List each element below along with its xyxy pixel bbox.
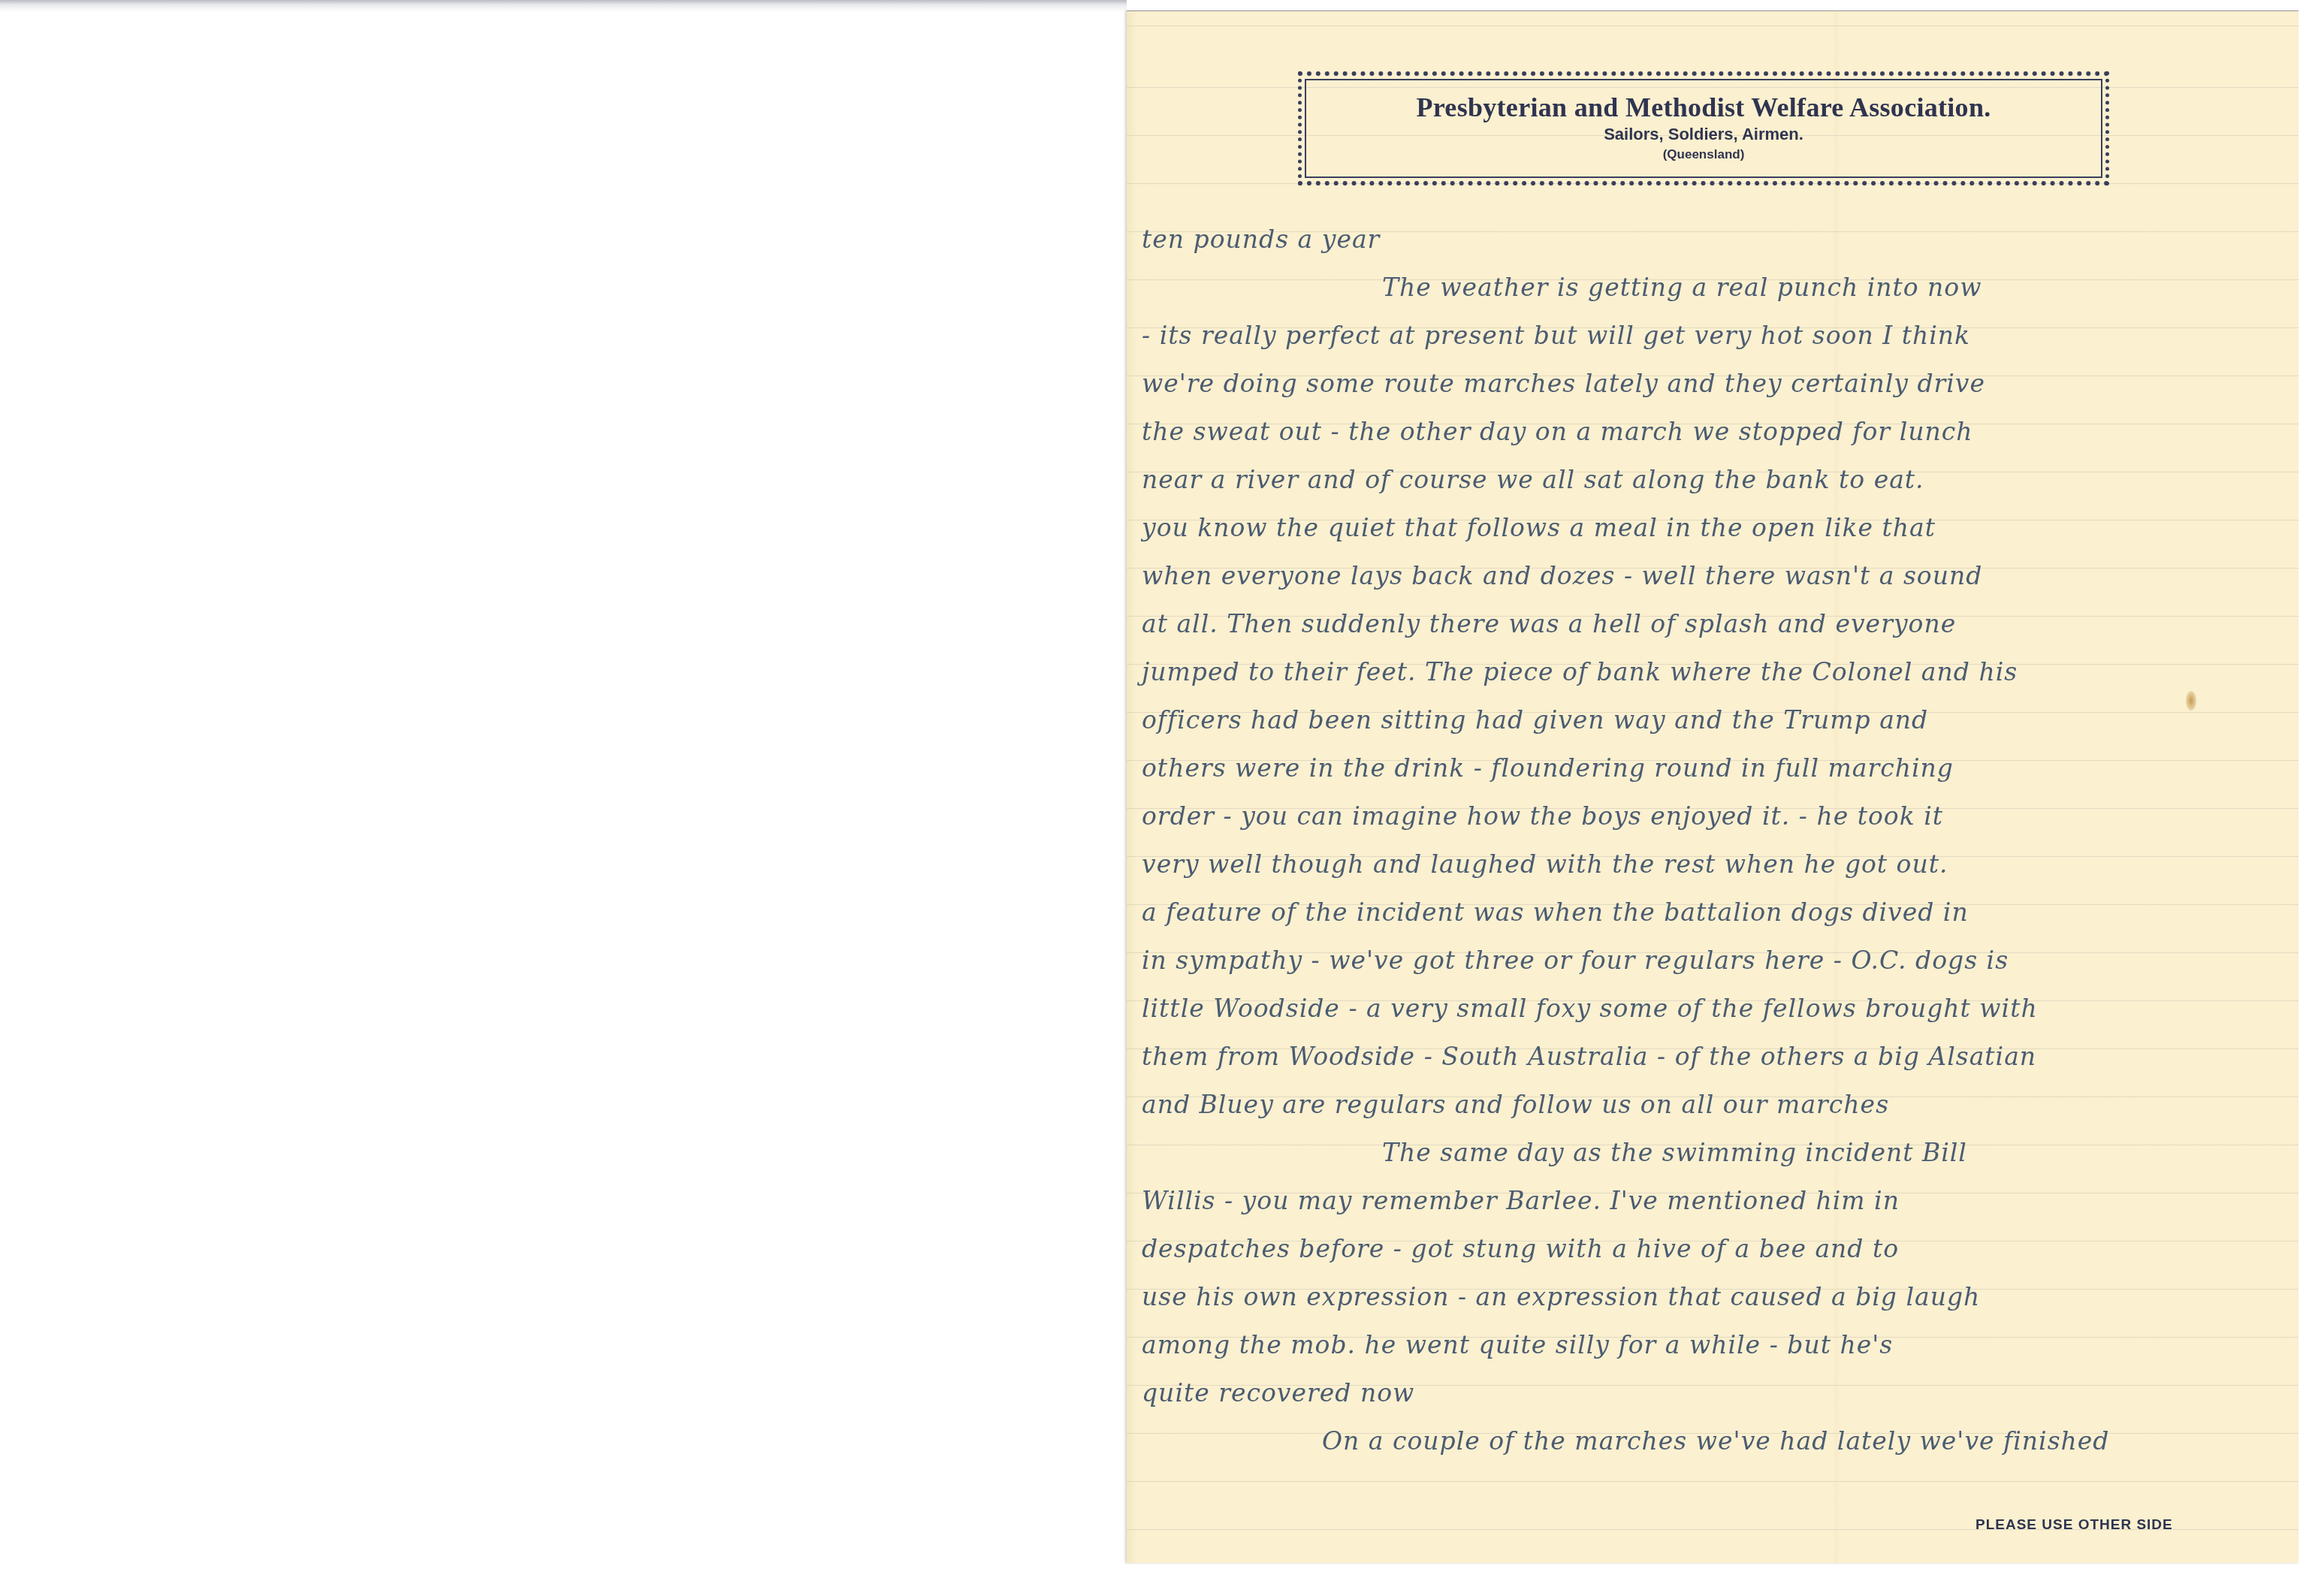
letter-line: quite recovered now (1142, 1369, 2295, 1417)
letter-line: at all. Then suddenly there was a hell o… (1142, 600, 2295, 648)
letter-line: we're doing some route marches lately an… (1142, 360, 2295, 408)
letter-line: The same day as the swimming incident Bi… (1142, 1129, 2295, 1177)
letter-line: The weather is getting a real punch into… (1142, 264, 2295, 312)
letter-line: a feature of the incident was when the b… (1142, 889, 2295, 937)
letter-line: very well though and laughed with the re… (1142, 840, 2295, 889)
letterhead-region: (Queensland) (1306, 145, 2101, 164)
handwritten-body: ten pounds a year The weather is getting… (1142, 216, 2295, 1465)
letterhead-inner-frame: Presbyterian and Methodist Welfare Assoc… (1305, 79, 2102, 178)
letter-line: On a couple of the marches we've had lat… (1142, 1417, 2295, 1465)
letter-line: order - you can imagine how the boys enj… (1142, 792, 2295, 840)
letter-line: jumped to their feet. The piece of bank … (1142, 648, 2295, 696)
letter-line: among the mob. he went quite silly for a… (1142, 1321, 2295, 1369)
letter-sheet: Presbyterian and Methodist Welfare Assoc… (1127, 11, 2298, 1563)
please-use-other-side-note: PLEASE USE OTHER SIDE (1975, 1517, 2173, 1534)
letter-line: use his own expression - an expression t… (1142, 1273, 2295, 1321)
letterhead-title: Presbyterian and Methodist Welfare Assoc… (1306, 80, 2101, 124)
letter-line: - its really perfect at present but will… (1142, 312, 2295, 360)
letter-line: and Bluey are regulars and follow us on … (1142, 1081, 2295, 1129)
letter-line: the sweat out - the other day on a march… (1142, 408, 2295, 456)
letter-line: despatches before - got stung with a hiv… (1142, 1225, 2295, 1273)
letterhead-subtitle: Sailors, Soldiers, Airmen. (1306, 124, 2101, 145)
letter-line: you know the quiet that follows a meal i… (1142, 504, 2295, 552)
letterhead-box: Presbyterian and Methodist Welfare Assoc… (1298, 71, 2109, 186)
letter-line: when everyone lays back and dozes - well… (1142, 552, 2295, 600)
letter-line: them from Woodside - South Australia - o… (1142, 1033, 2295, 1081)
scan-edge-shadow (0, 0, 1127, 12)
letter-line: others were in the drink - floundering r… (1142, 744, 2295, 792)
letter-line: in sympathy - we've got three or four re… (1142, 937, 2295, 985)
letter-line: little Woodside - a very small foxy some… (1142, 985, 2295, 1033)
letter-line: Willis - you may remember Barlee. I've m… (1142, 1177, 2295, 1225)
letter-line: near a river and of course we all sat al… (1142, 456, 2295, 504)
letter-line: officers had been sitting had given way … (1142, 696, 2295, 744)
letter-line: ten pounds a year (1142, 216, 2295, 264)
